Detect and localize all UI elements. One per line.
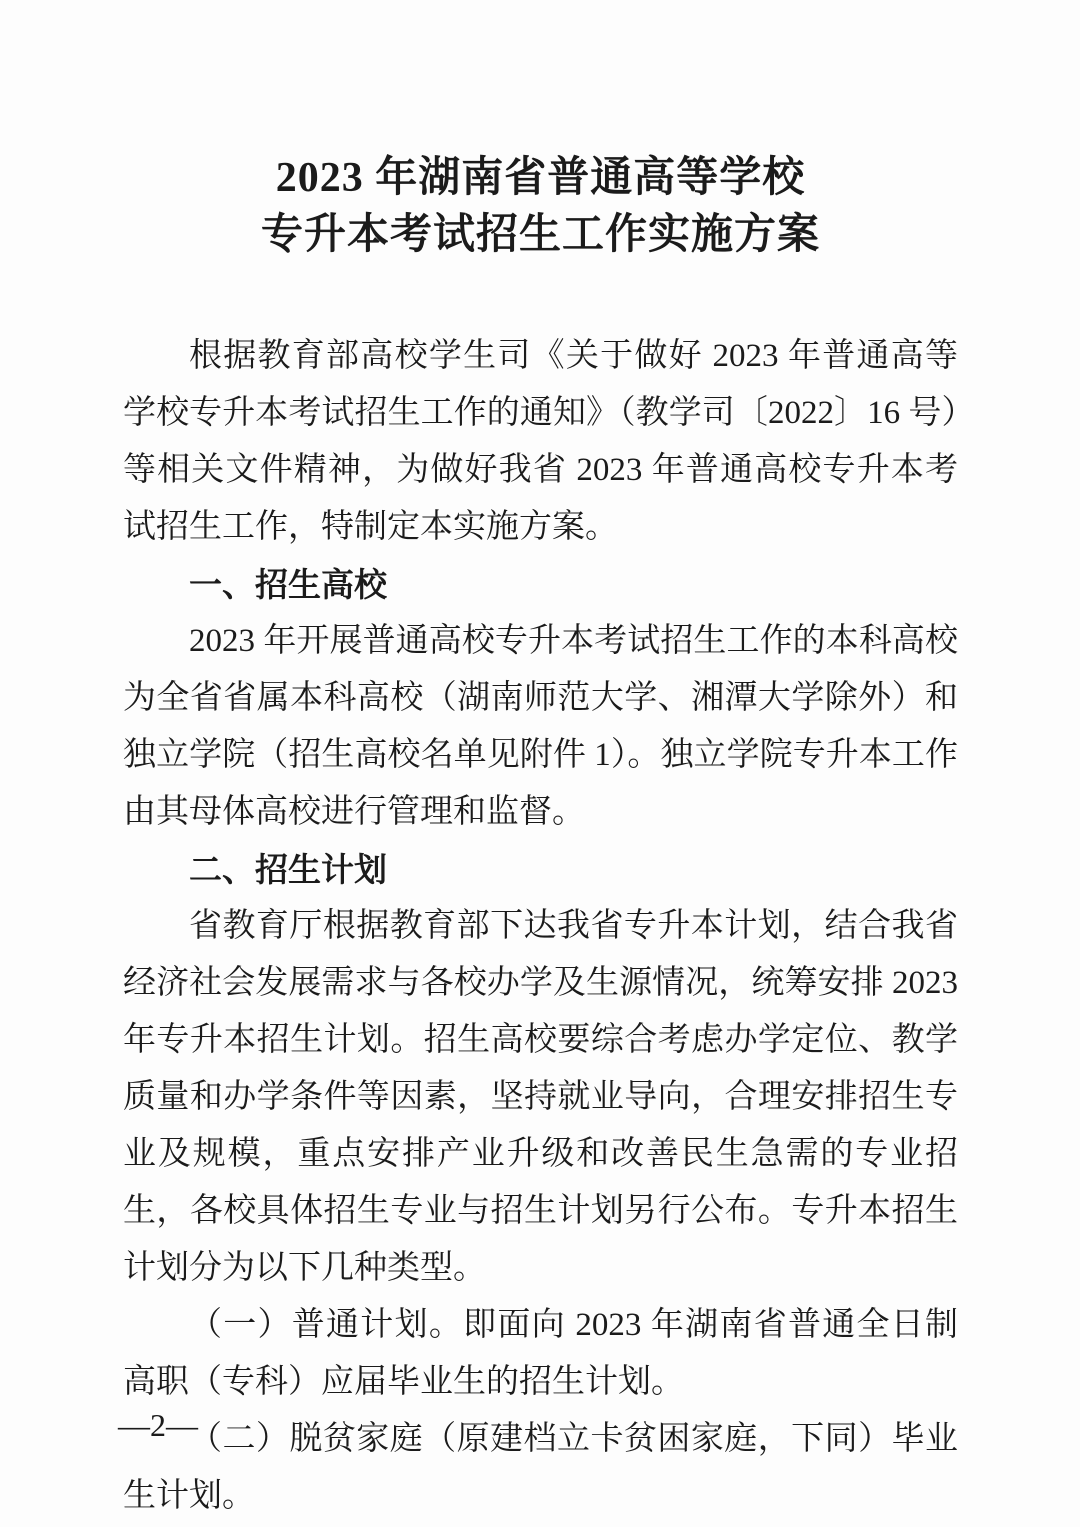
paragraph-section-1: 2023 年开展普通高校专升本考试招生工作的本科高校为全省省属本科高校（湖南师范… (123, 613, 958, 841)
document-title: 2023 年湖南省普通高等学校 专升本考试招生工作实施方案 (123, 150, 958, 264)
paragraph-intro: 根据教育部高校学生司《关于做好 2023 年普通高等学校专升本考试招生工作的通知… (123, 328, 958, 556)
document-page: 2023 年湖南省普通高等学校 专升本考试招生工作实施方案 根据教育部高校学生司… (0, 0, 1080, 1527)
document-body: 根据教育部高校学生司《关于做好 2023 年普通高等学校专升本考试招生工作的通知… (123, 328, 958, 1525)
paragraph-plan-type-2: （二）脱贫家庭（原建档立卡贫困家庭，下同）毕业生计划。 (123, 1411, 958, 1525)
page-number: —2— (118, 1405, 198, 1445)
section-heading-1: 一、招生高校 (123, 556, 958, 613)
paragraph-plan-type-1: （一）普通计划。即面向 2023 年湖南省普通全日制高职（专科）应届毕业生的招生… (123, 1297, 958, 1411)
paragraph-section-2: 省教育厅根据教育部下达我省专升本计划，结合我省经济社会发展需求与各校办学及生源情… (123, 898, 958, 1297)
title-line-1: 2023 年湖南省普通高等学校 (123, 150, 958, 207)
document-content: 2023 年湖南省普通高等学校 专升本考试招生工作实施方案 根据教育部高校学生司… (123, 150, 958, 1525)
title-line-2: 专升本考试招生工作实施方案 (123, 207, 958, 264)
section-heading-2: 二、招生计划 (123, 841, 958, 898)
